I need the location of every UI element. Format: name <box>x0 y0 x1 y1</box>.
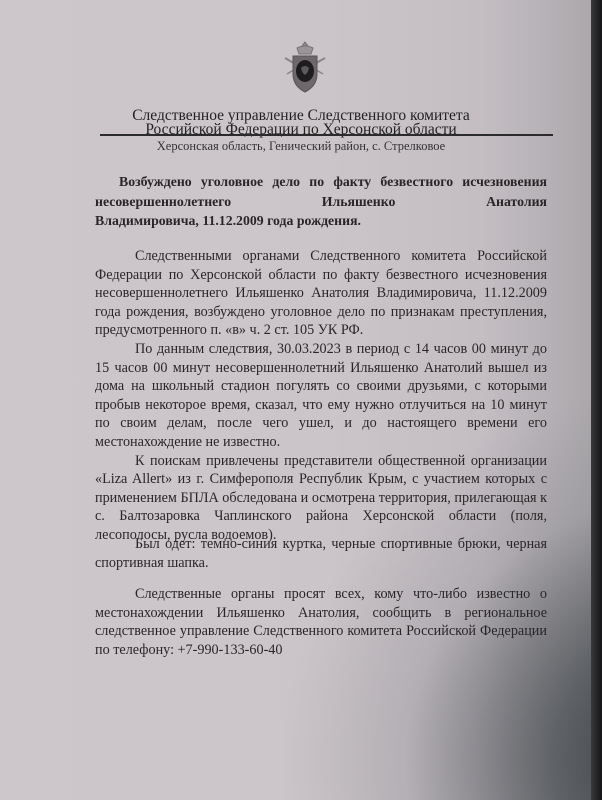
investigative-committee-emblem-icon <box>283 40 327 98</box>
paragraph-case-opened: Следственными органами Следственного ком… <box>95 247 547 340</box>
paragraph-appeal: Следственные органы просят всех, кому чт… <box>95 585 547 659</box>
header-divider <box>100 134 553 136</box>
dark-background-edge <box>591 0 602 800</box>
body-clothing: Был одет: темно-синия куртка, черные спо… <box>95 535 547 572</box>
body-main: Следственными органами Следственного ком… <box>95 247 547 545</box>
org-address: Херсонская область, Генический район, с.… <box>100 139 502 154</box>
body-appeal: Следственные органы просят всех, кому чт… <box>95 585 547 659</box>
title-word: несовершеннолетнего <box>95 192 231 212</box>
document-title: Возбуждено уголовное дело по факту безве… <box>95 172 547 231</box>
paragraph-clothing: Был одет: темно-синия куртка, черные спо… <box>95 535 547 572</box>
title-word: Ильяшенко <box>322 192 396 212</box>
title-line2: несовершеннолетнего Ильяшенко Анатолия <box>95 192 547 212</box>
title-line3: Владимировича, 11.12.2009 года рождения. <box>95 211 547 231</box>
paragraph-circumstances: По данным следствия, 30.03.2023 в период… <box>95 340 547 452</box>
title-line1: Возбуждено уголовное дело по факту безве… <box>95 172 547 192</box>
paragraph-search: К поискам привлечены представители общес… <box>95 452 547 545</box>
title-word: Анатолия <box>486 192 547 212</box>
